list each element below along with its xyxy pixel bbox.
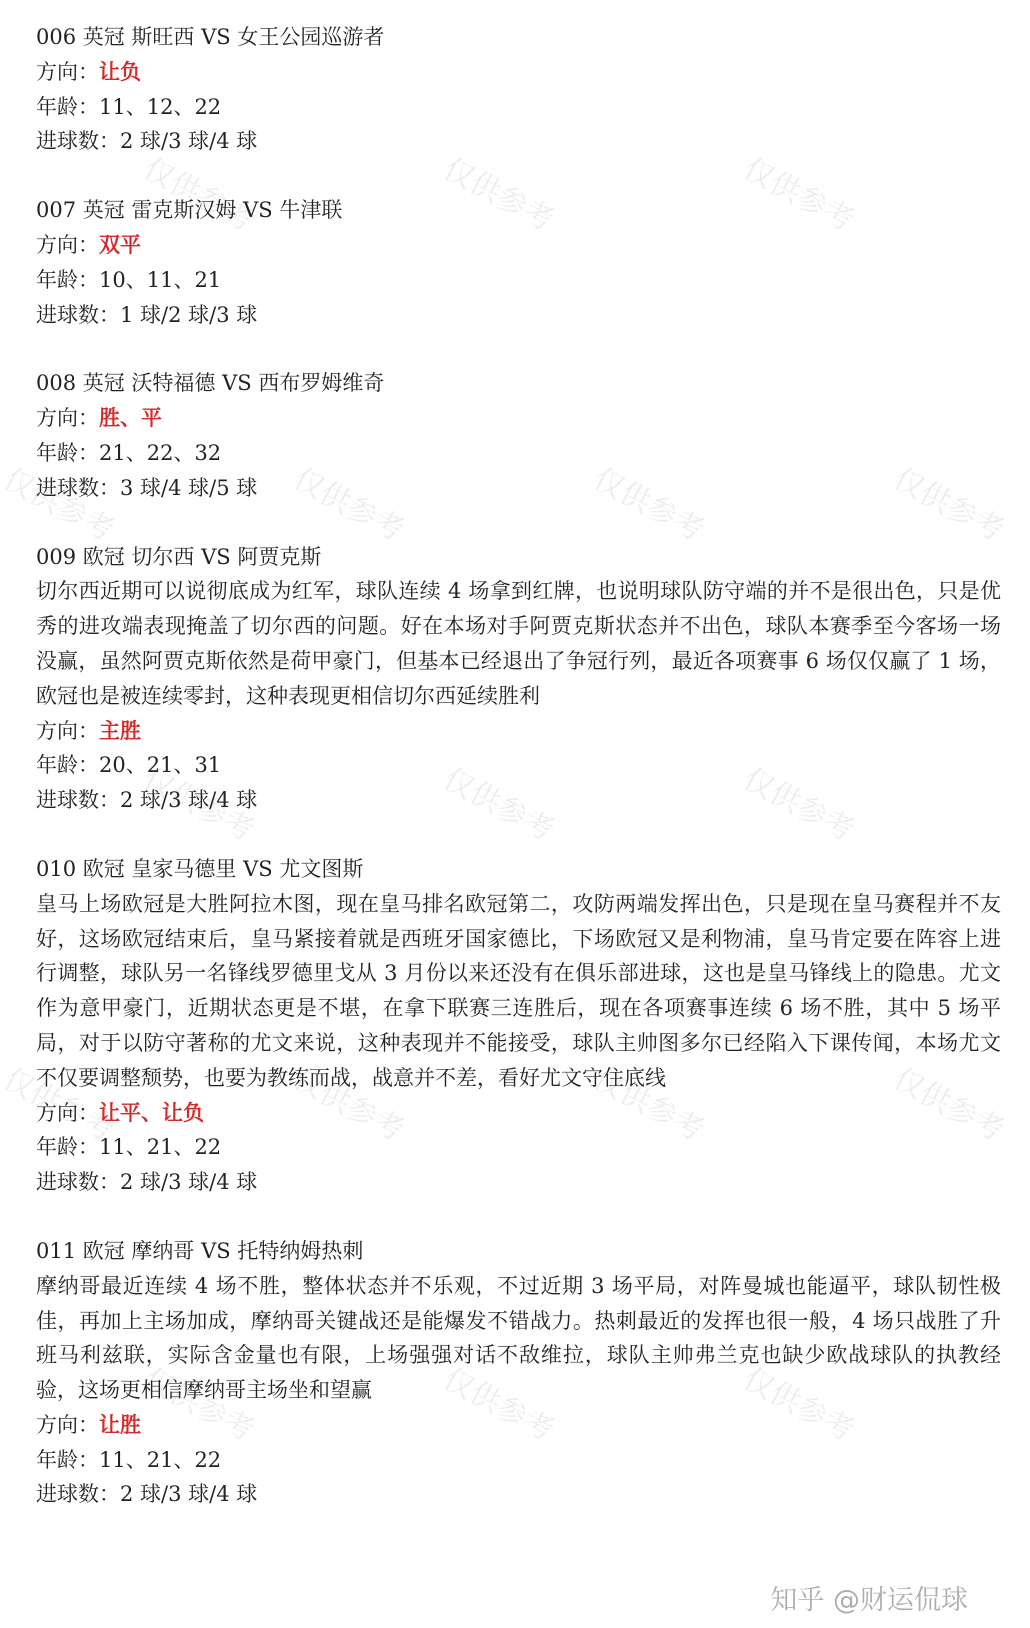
age-value: 11、21、22: [99, 1135, 221, 1159]
direction-label: 方向：: [36, 719, 99, 743]
match-block-006: 006 英冠 斯旺西 VS 女王公园巡游者 方向：让负 年龄：11、12、22 …: [36, 20, 1006, 159]
age-label: 年龄：: [36, 753, 99, 777]
age-value: 10、11、21: [99, 268, 221, 292]
direction-row: 方向：让平、让负: [36, 1096, 1006, 1131]
goals-label: 进球数：: [36, 788, 120, 812]
direction-row: 方向：让胜: [36, 1408, 1006, 1443]
goals-label: 进球数：: [36, 129, 120, 153]
age-value: 21、22、32: [99, 441, 221, 465]
age-value: 20、21、31: [99, 753, 221, 777]
goals-label: 进球数：: [36, 476, 120, 500]
direction-label: 方向：: [36, 406, 99, 430]
direction-label: 方向：: [36, 1101, 99, 1125]
match-analysis: 切尔西近期可以说彻底成为红军，球队连续 4 场拿到红牌，也说明球队防守端的并不是…: [36, 574, 1001, 713]
match-header: 009 欧冠 切尔西 VS 阿贾克斯: [36, 540, 1006, 575]
match-block-010: 010 欧冠 皇家马德里 VS 尤文图斯 皇马上场欧冠是大胜阿拉木图，现在皇马排…: [36, 852, 1006, 1200]
age-label: 年龄：: [36, 1448, 99, 1472]
goals-row: 进球数：3 球/4 球/5 球: [36, 471, 1006, 506]
match-header: 006 英冠 斯旺西 VS 女王公园巡游者: [36, 20, 1006, 55]
goals-value: 1 球/2 球/3 球: [120, 303, 257, 327]
goals-value: 2 球/3 球/4 球: [120, 788, 257, 812]
age-row: 年龄：11、21、22: [36, 1130, 1006, 1165]
match-header: 008 英冠 沃特福德 VS 西布罗姆维奇: [36, 366, 1006, 401]
goals-label: 进球数：: [36, 1482, 120, 1506]
direction-label: 方向：: [36, 233, 99, 257]
article-body: 006 英冠 斯旺西 VS 女王公园巡游者 方向：让负 年龄：11、12、22 …: [36, 20, 1006, 1546]
age-row: 年龄：11、21、22: [36, 1443, 1006, 1478]
goals-value: 2 球/3 球/4 球: [120, 1482, 257, 1506]
match-header: 010 欧冠 皇家马德里 VS 尤文图斯: [36, 852, 1006, 887]
age-row: 年龄：20、21、31: [36, 748, 1006, 783]
direction-label: 方向：: [36, 60, 99, 84]
age-value: 11、12、22: [99, 95, 221, 119]
match-block-009: 009 欧冠 切尔西 VS 阿贾克斯 切尔西近期可以说彻底成为红军，球队连续 4…: [36, 540, 1006, 818]
goals-value: 2 球/3 球/4 球: [120, 1170, 257, 1194]
goals-row: 进球数：2 球/3 球/4 球: [36, 1477, 1006, 1512]
direction-value: 让胜: [99, 1412, 141, 1437]
age-value: 11、21、22: [99, 1448, 221, 1472]
goals-row: 进球数：2 球/3 球/4 球: [36, 783, 1006, 818]
goals-value: 3 球/4 球/5 球: [120, 476, 257, 500]
direction-value: 主胜: [99, 718, 141, 743]
age-row: 年龄：11、12、22: [36, 90, 1006, 125]
direction-row: 方向：胜、平: [36, 401, 1006, 436]
match-analysis: 摩纳哥最近连续 4 场不胜，整体状态并不乐观，不过近期 3 场平局，对阵曼城也能…: [36, 1269, 1001, 1408]
age-row: 年龄：10、11、21: [36, 263, 1006, 298]
match-header: 007 英冠 雷克斯汉姆 VS 牛津联: [36, 193, 1006, 228]
direction-row: 方向：双平: [36, 228, 1006, 263]
goals-label: 进球数：: [36, 303, 120, 327]
age-label: 年龄：: [36, 441, 99, 465]
match-block-007: 007 英冠 雷克斯汉姆 VS 牛津联 方向：双平 年龄：10、11、21 进球…: [36, 193, 1006, 332]
age-label: 年龄：: [36, 268, 99, 292]
direction-label: 方向：: [36, 1413, 99, 1437]
age-label: 年龄：: [36, 95, 99, 119]
match-block-011: 011 欧冠 摩纳哥 VS 托特纳姆热刺 摩纳哥最近连续 4 场不胜，整体状态并…: [36, 1234, 1006, 1512]
direction-row: 方向：主胜: [36, 714, 1006, 749]
direction-value: 双平: [99, 232, 141, 257]
direction-value: 胜、平: [99, 405, 162, 430]
goals-row: 进球数：2 球/3 球/4 球: [36, 1165, 1006, 1200]
goals-row: 进球数：1 球/2 球/3 球: [36, 298, 1006, 333]
age-label: 年龄：: [36, 1135, 99, 1159]
goals-value: 2 球/3 球/4 球: [120, 129, 257, 153]
match-analysis: 皇马上场欧冠是大胜阿拉木图，现在皇马排名欧冠第二，攻防两端发挥出色，只是现在皇马…: [36, 887, 1001, 1096]
direction-row: 方向：让负: [36, 55, 1006, 90]
direction-value: 让负: [99, 59, 141, 84]
zhihu-brand-watermark: 知乎 @财运侃球: [770, 1578, 968, 1617]
age-row: 年龄：21、22、32: [36, 436, 1006, 471]
goals-row: 进球数：2 球/3 球/4 球: [36, 124, 1006, 159]
goals-label: 进球数：: [36, 1170, 120, 1194]
match-block-008: 008 英冠 沃特福德 VS 西布罗姆维奇 方向：胜、平 年龄：21、22、32…: [36, 366, 1006, 505]
match-header: 011 欧冠 摩纳哥 VS 托特纳姆热刺: [36, 1234, 1006, 1269]
direction-value: 让平、让负: [99, 1100, 204, 1125]
